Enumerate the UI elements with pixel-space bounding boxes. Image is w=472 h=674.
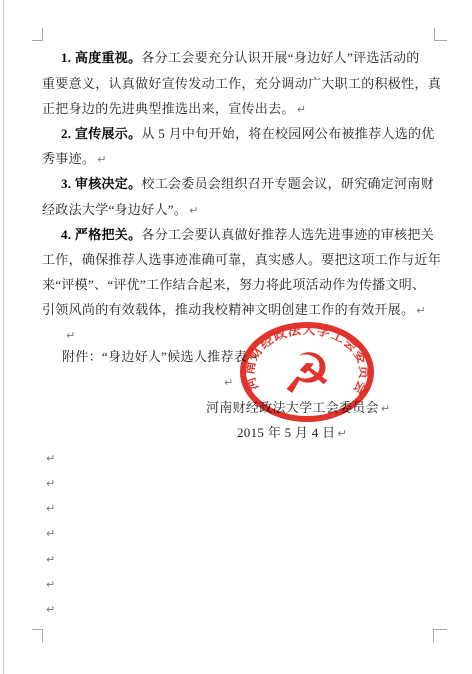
hammer-sickle-icon: ☭ bbox=[282, 342, 332, 407]
document-page: 1. 高度重视。各分工会要充分认识开展“身边好人”评选活动的 重要意义，认真做好… bbox=[0, 0, 472, 674]
paragraph-mark: ↵ bbox=[46, 603, 55, 616]
para2-line2: 秀事迹。↵ bbox=[42, 152, 106, 167]
text-boundary-mark-top-left bbox=[32, 28, 43, 41]
para4-line1-text: 各分工会要认真做好推荐人选先进事迹的审核把关 bbox=[141, 227, 434, 242]
para4-line4: 引领风尚的有效载体，推动我校精神文明创建工作的有效开展。↵ bbox=[42, 303, 426, 318]
paragraph-mark: ↵ bbox=[381, 402, 390, 415]
para3-line1: 3. 审核决定。校工会委员会组织召开专题会议，研究确定河南财 bbox=[61, 177, 434, 191]
para3-line1-text: 校工会委员会组织召开专题会议，研究确定河南财 bbox=[141, 176, 434, 191]
paragraph-mark: ↵ bbox=[66, 329, 75, 342]
para1-line2: 重要意义，认真做好宣传发动工作，充分调动广大职工的积极性，真 bbox=[42, 77, 441, 91]
page-left-edge-line bbox=[3, 0, 4, 674]
para1-heading: 1. 高度重视。 bbox=[61, 50, 141, 65]
para2-line1: 2. 宣传展示。从 5 月中旬开始，将在校园网公布被推荐人选的优 bbox=[61, 127, 435, 141]
text-boundary-mark-bottom-right bbox=[433, 629, 447, 642]
para4-line1: 4. 严格把关。各分工会要认真做好推荐人选先进事迹的审核把关 bbox=[61, 228, 434, 242]
paragraph-mark: ↵ bbox=[189, 204, 198, 217]
text-boundary-mark-top-right bbox=[434, 28, 447, 41]
para4-line3: 来“评模”、“评优”工作结合起来，努力将此项活动作为传播文明、 bbox=[42, 278, 425, 292]
para4-line2: 工作，确保推荐人选事迹准确可靠，真实感人。要把这项工作与近年 bbox=[42, 253, 441, 267]
para3-line2: 经政法大学“身边好人”。↵ bbox=[42, 203, 198, 218]
paragraph-mark: ↵ bbox=[46, 502, 55, 515]
paragraph-mark: ↵ bbox=[297, 103, 306, 116]
paragraph-mark: ↵ bbox=[224, 376, 233, 389]
paragraph-mark: ↵ bbox=[46, 553, 55, 566]
paragraph-mark: ↵ bbox=[416, 304, 425, 317]
para1-line1: 1. 高度重视。各分工会要充分认识开展“身边好人”评选活动的 bbox=[61, 51, 420, 65]
para1-line1-text: 各分工会要充分认识开展“身边好人”评选活动的 bbox=[141, 50, 419, 65]
paragraph-mark: ↵ bbox=[46, 527, 55, 540]
paragraph-mark: ↵ bbox=[46, 452, 55, 465]
para3-heading: 3. 审核决定。 bbox=[61, 176, 141, 191]
para2-heading: 2. 宣传展示。 bbox=[61, 126, 141, 141]
date-line: 2015 年 5 月 4 日↵ bbox=[237, 426, 347, 441]
paragraph-mark: ↵ bbox=[46, 477, 55, 490]
para4-heading: 4. 严格把关。 bbox=[61, 227, 141, 242]
paragraph-mark: ↵ bbox=[97, 153, 106, 166]
para2-line1-text: 从 5 月中旬开始，将在校园网公布被推荐人选的优 bbox=[141, 126, 434, 141]
official-seal-stamp: 河南财经政法大学工会委员会 ☭ bbox=[237, 320, 377, 425]
text-boundary-mark-bottom-left bbox=[32, 629, 43, 642]
para1-line3: 正把身边的先进典型推选出来，宣传出去。↵ bbox=[42, 102, 306, 117]
paragraph-mark: ↵ bbox=[337, 427, 346, 440]
paragraph-mark: ↵ bbox=[46, 578, 55, 591]
attachment-line: 附件：“身边好人”候选人推荐表↵ bbox=[62, 350, 258, 365]
